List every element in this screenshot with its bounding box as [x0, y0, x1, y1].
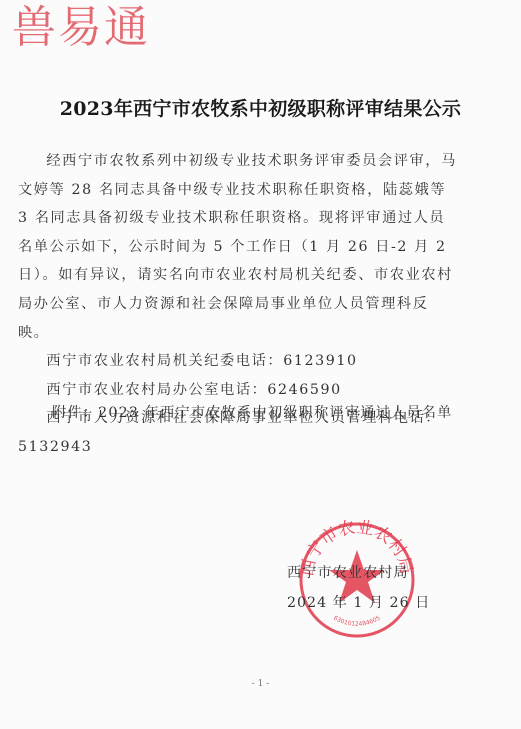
phone-discipline-committee: 西宁市农业农村局机关纪委电话：6123910: [18, 347, 458, 376]
attachment-note: 附件：2023 年西宁市农牧系中初级职称评审通过人员名单: [52, 402, 492, 422]
page-number: - 1 -: [0, 679, 521, 689]
signature-date: 2024 年 1 月 26 日: [287, 588, 430, 618]
watermark-logo: 兽易通: [12, 2, 150, 54]
document-title: 2023年西宁市农牧系中初级职称评审结果公示: [0, 94, 521, 121]
phone-office: 西宁市农业农村局办公室电话：6246590: [18, 376, 458, 405]
signature-org: 西宁市农业农村局: [287, 558, 430, 588]
main-paragraph: 经西宁市农牧系列中初级专业技术职务评审委员会评审，马文婷等 28 名同志具备中级…: [18, 147, 458, 347]
signature-block: 西宁市农业农村局 2024 年 1 月 26 日: [287, 558, 430, 618]
